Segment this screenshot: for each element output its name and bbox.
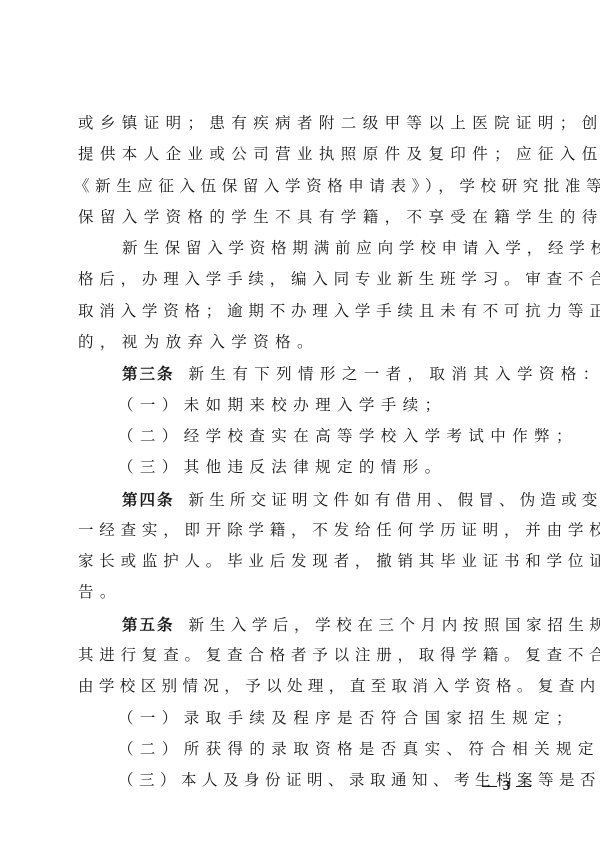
article-heading: 第四条	[122, 490, 175, 509]
paragraph-start-line: 新生保留入学资格期满前应向学校申请入学，经学校审查合	[78, 233, 524, 264]
article-text: 新生有下列情形之一者，取消其入学资格：	[189, 365, 600, 383]
document-body: 或乡镇证明；患有疾病者附二级甲等以上医院证明；创新创业者 提供本人企业或公司营业…	[78, 108, 524, 797]
list-item: （三）本人及身份证明、录取通知、考生档案等是否一致；	[78, 765, 524, 796]
article-text: 新生所交证明文件如有借用、假冒、伪造或变造等，	[189, 491, 600, 509]
text-line: 提供本人企业或公司营业执照原件及复印件；应征入伍者提供	[78, 139, 524, 170]
text-line: 《新生应征入伍保留入学资格申请表》），学校研究批准等内容。	[74, 171, 524, 202]
text-line: 保留入学资格的学生不具有学籍，不享受在籍学生的待遇。	[78, 202, 524, 233]
text-line: 其进行复查。复查合格者予以注册，取得学籍。复查不合格者，	[78, 640, 524, 671]
list-item: （二）所获得的录取资格是否真实、符合相关规定；	[78, 734, 524, 765]
text-line: 的，视为放弃入学资格。	[78, 327, 524, 358]
list-item: （二）经学校查实在高等学校入学考试中作弊；	[78, 421, 524, 452]
article-heading: 第五条	[122, 615, 175, 634]
text-line: 家长或监护人。毕业后发现者，撤销其毕业证书和学位证书并公	[78, 546, 524, 577]
text-line: 格后，办理入学手续，编入同专业新生班学习。审查不合格的，	[78, 264, 524, 295]
article-text: 新生入学后，学校在三个月内按照国家招生规定对	[189, 616, 600, 634]
text-line: 取消入学资格；逾期不办理入学手续且未有不可抗力等正当理由	[78, 296, 524, 327]
page-number: — 3 —	[482, 778, 532, 795]
text-line: 告。	[78, 577, 524, 608]
list-item: （三）其他违反法律规定的情形。	[78, 452, 524, 483]
list-item: （一）录取手续及程序是否符合国家招生规定；	[78, 703, 524, 734]
article-3: 第三条新生有下列情形之一者，取消其入学资格：	[78, 358, 524, 389]
list-item: （一）未如期来校办理入学手续；	[78, 390, 524, 421]
article-heading: 第三条	[122, 364, 175, 383]
text-line: 由学校区别情况，予以处理，直至取消入学资格。复查内容包括：	[78, 671, 524, 702]
article-5: 第五条新生入学后，学校在三个月内按照国家招生规定对	[78, 609, 524, 640]
text-line: 一经查实，即开除学籍，不发给任何学历证明，并由学校通知其	[78, 515, 524, 546]
article-4: 第四条新生所交证明文件如有借用、假冒、伪造或变造等，	[78, 484, 524, 515]
text-line: 或乡镇证明；患有疾病者附二级甲等以上医院证明；创新创业者	[78, 108, 524, 139]
